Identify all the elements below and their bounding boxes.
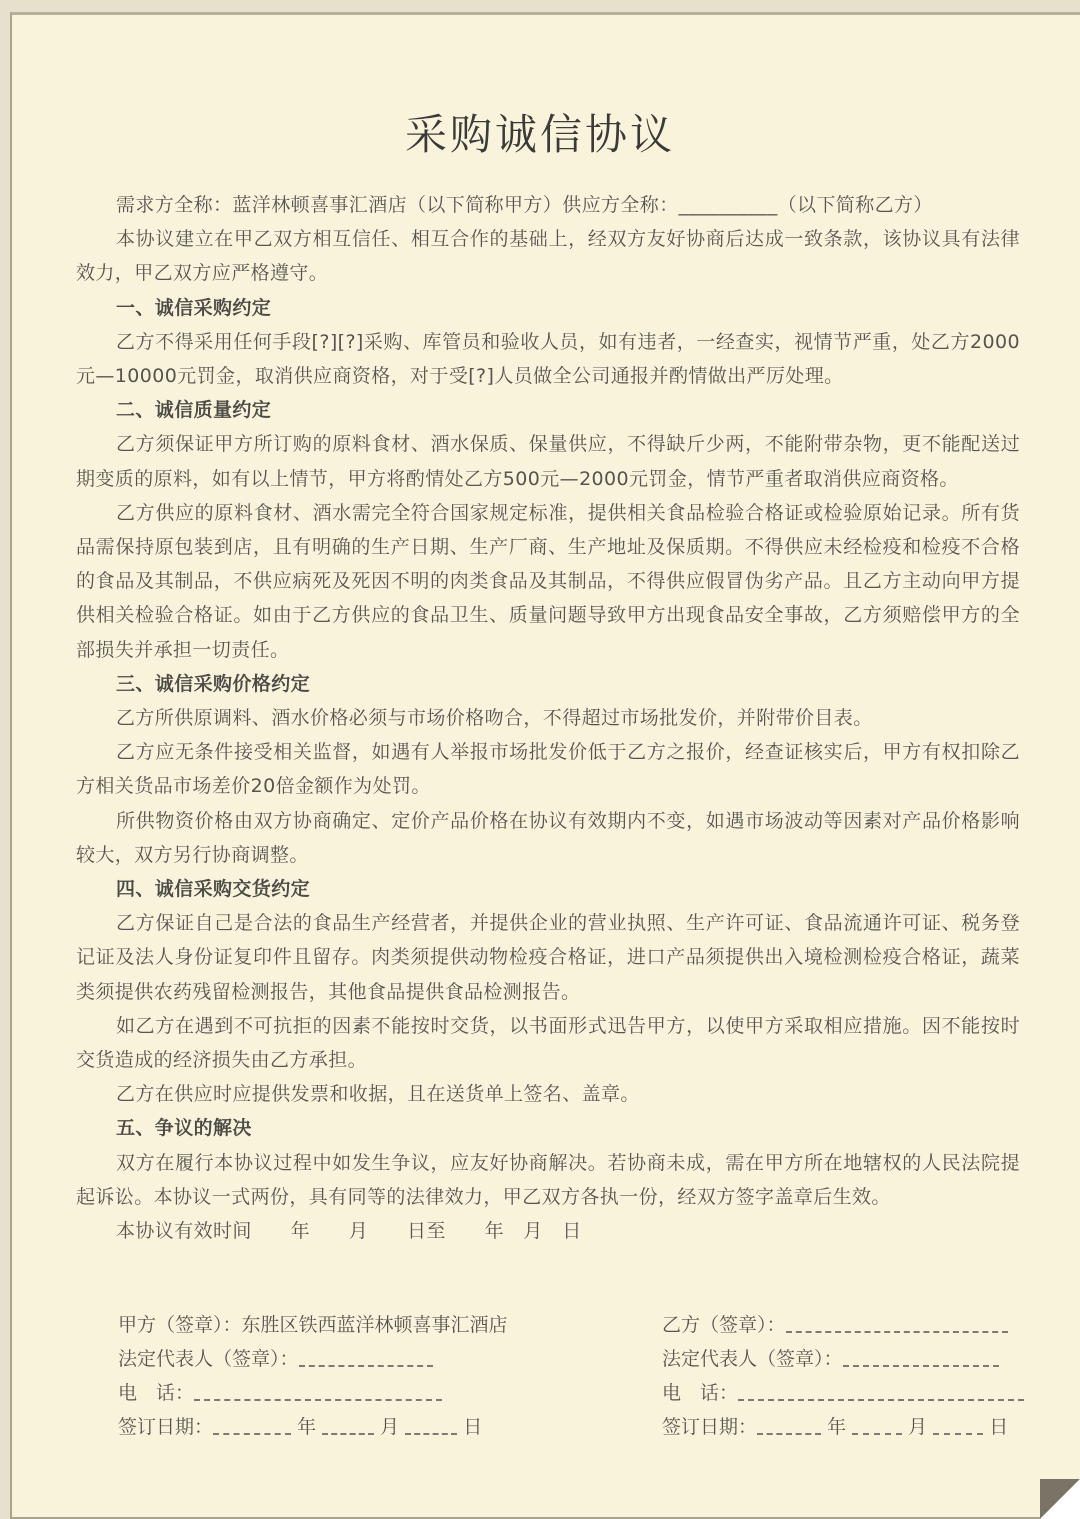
- document-title: 采购诚信协议: [0, 102, 1080, 162]
- party-a-name: 东胜区铁西蓝洋林顿喜事汇酒店: [242, 1314, 508, 1336]
- party-b-date-label: 签订日期：: [662, 1416, 757, 1438]
- page-fold-corner-icon: [1040, 1479, 1080, 1519]
- intro-statement: 本协议建立在甲乙双方相互信任、相互合作的基础上，经双方友好协商后达成一致条款，该…: [76, 222, 1020, 290]
- party-a-phone-blank[interactable]: [194, 1379, 442, 1401]
- section-3-paragraph-1: 乙方所供原调料、酒水价格必须与市场价格吻合，不得超过市场批发价，并附带价目表。: [76, 701, 1020, 735]
- section-4-paragraph-1: 乙方保证自己是合法的食品生产经营者，并提供企业的营业执照、生产许可证、食品流通许…: [76, 906, 1020, 1009]
- month-label: 月: [380, 1416, 399, 1438]
- party-a-rep-label: 法定代表人（签章）：: [118, 1348, 299, 1370]
- section-2-paragraph-1: 乙方须保证甲方所订购的原料食材、酒水保质、保量供应，不得缺斤少两，不能附带杂物，…: [76, 427, 1020, 495]
- section-4-paragraph-2: 如乙方在遇到不可抗拒的因素不能按时交货，以书面形式迅告甲方，以使甲方采取相应措施…: [76, 1009, 1020, 1077]
- party-a-day-blank[interactable]: [405, 1413, 457, 1435]
- section-heading-1: 一、诚信采购约定: [76, 291, 1020, 325]
- party-a-date-label: 签订日期：: [118, 1416, 213, 1438]
- section-1-paragraph: 乙方不得采用任何手段[?][?]采购、库管员和验收人员，如有违者，一经查实，视情…: [76, 325, 1020, 393]
- section-heading-5: 五、争议的解决: [76, 1111, 1020, 1145]
- month-label: 月: [908, 1416, 927, 1438]
- section-3-paragraph-2: 乙方应无条件接受相关监督，如遇有人举报市场批发价低于乙方之报价，经查证核实后，甲…: [76, 735, 1020, 803]
- party-b-month-blank[interactable]: [852, 1413, 902, 1435]
- section-2-paragraph-2: 乙方供应的原料食材、酒水需完全符合国家规定标准，提供相关食品检验合格证或检验原始…: [76, 496, 1020, 667]
- document-body: 需求方全称：蓝洋林顿喜事汇酒店（以下简称甲方）供应方全称：__________（…: [76, 188, 1020, 1248]
- section-heading-3: 三、诚信采购价格约定: [76, 667, 1020, 701]
- party-b-signature-block: 乙方（签章）： 法定代表人（签章）： 电 话： 签订日期： 年 月 日: [662, 1308, 1024, 1444]
- year-label: 年: [297, 1416, 316, 1438]
- party-b-seal-blank[interactable]: [786, 1311, 1008, 1333]
- party-b-phone-label: 电 话：: [662, 1382, 738, 1404]
- party-a-phone-label: 电 话：: [118, 1382, 194, 1404]
- section-3-paragraph-3: 所供物资价格由双方协商确定、定价产品价格在协议有效期内不变，如遇市场波动等因素对…: [76, 804, 1020, 872]
- party-b-seal-line: 乙方（签章）：: [662, 1308, 1024, 1342]
- party-a-label: 甲方（签章）：: [118, 1314, 242, 1336]
- party-b-rep-blank[interactable]: [843, 1345, 999, 1367]
- section-heading-2: 二、诚信质量约定: [76, 393, 1020, 427]
- party-b-phone-blank[interactable]: [738, 1379, 1024, 1401]
- party-a-rep-blank[interactable]: [299, 1345, 433, 1367]
- party-b-date-line: 签订日期： 年 月 日: [662, 1410, 1024, 1444]
- party-b-rep-label: 法定代表人（签章）：: [662, 1348, 843, 1370]
- party-a-year-blank[interactable]: [213, 1413, 291, 1435]
- party-b-day-blank[interactable]: [933, 1413, 983, 1435]
- party-b-rep-line: 法定代表人（签章）：: [662, 1342, 1024, 1376]
- section-5-paragraph-1: 双方在履行本协议过程中如发生争议，应友好协商解决。若协商未成，需在甲方所在地辖权…: [76, 1146, 1020, 1214]
- section-4-paragraph-3: 乙方在供应时应提供发票和收据，且在送货单上签名、盖章。: [76, 1077, 1020, 1111]
- intro-parties: 需求方全称：蓝洋林顿喜事汇酒店（以下简称甲方）供应方全称：__________（…: [76, 188, 1020, 222]
- party-a-signature-block: 甲方（签章）：东胜区铁西蓝洋林顿喜事汇酒店 法定代表人（签章）： 电 话： 签订…: [118, 1308, 508, 1444]
- party-b-label: 乙方（签章）：: [662, 1314, 786, 1336]
- party-b-phone-line: 电 话：: [662, 1376, 1024, 1410]
- validity-period: 本协议有效时间 年 月 日至 年 月 日: [76, 1214, 1020, 1248]
- year-label: 年: [827, 1416, 846, 1438]
- party-b-year-blank[interactable]: [757, 1413, 821, 1435]
- party-a-rep-line: 法定代表人（签章）：: [118, 1342, 508, 1376]
- party-a-seal-line: 甲方（签章）：东胜区铁西蓝洋林顿喜事汇酒店: [118, 1308, 508, 1342]
- section-heading-4: 四、诚信采购交货约定: [76, 872, 1020, 906]
- party-a-month-blank[interactable]: [322, 1413, 374, 1435]
- party-a-date-line: 签订日期： 年 月 日: [118, 1410, 508, 1444]
- day-label: 日: [989, 1416, 1008, 1438]
- party-a-phone-line: 电 话：: [118, 1376, 508, 1410]
- day-label: 日: [463, 1416, 482, 1438]
